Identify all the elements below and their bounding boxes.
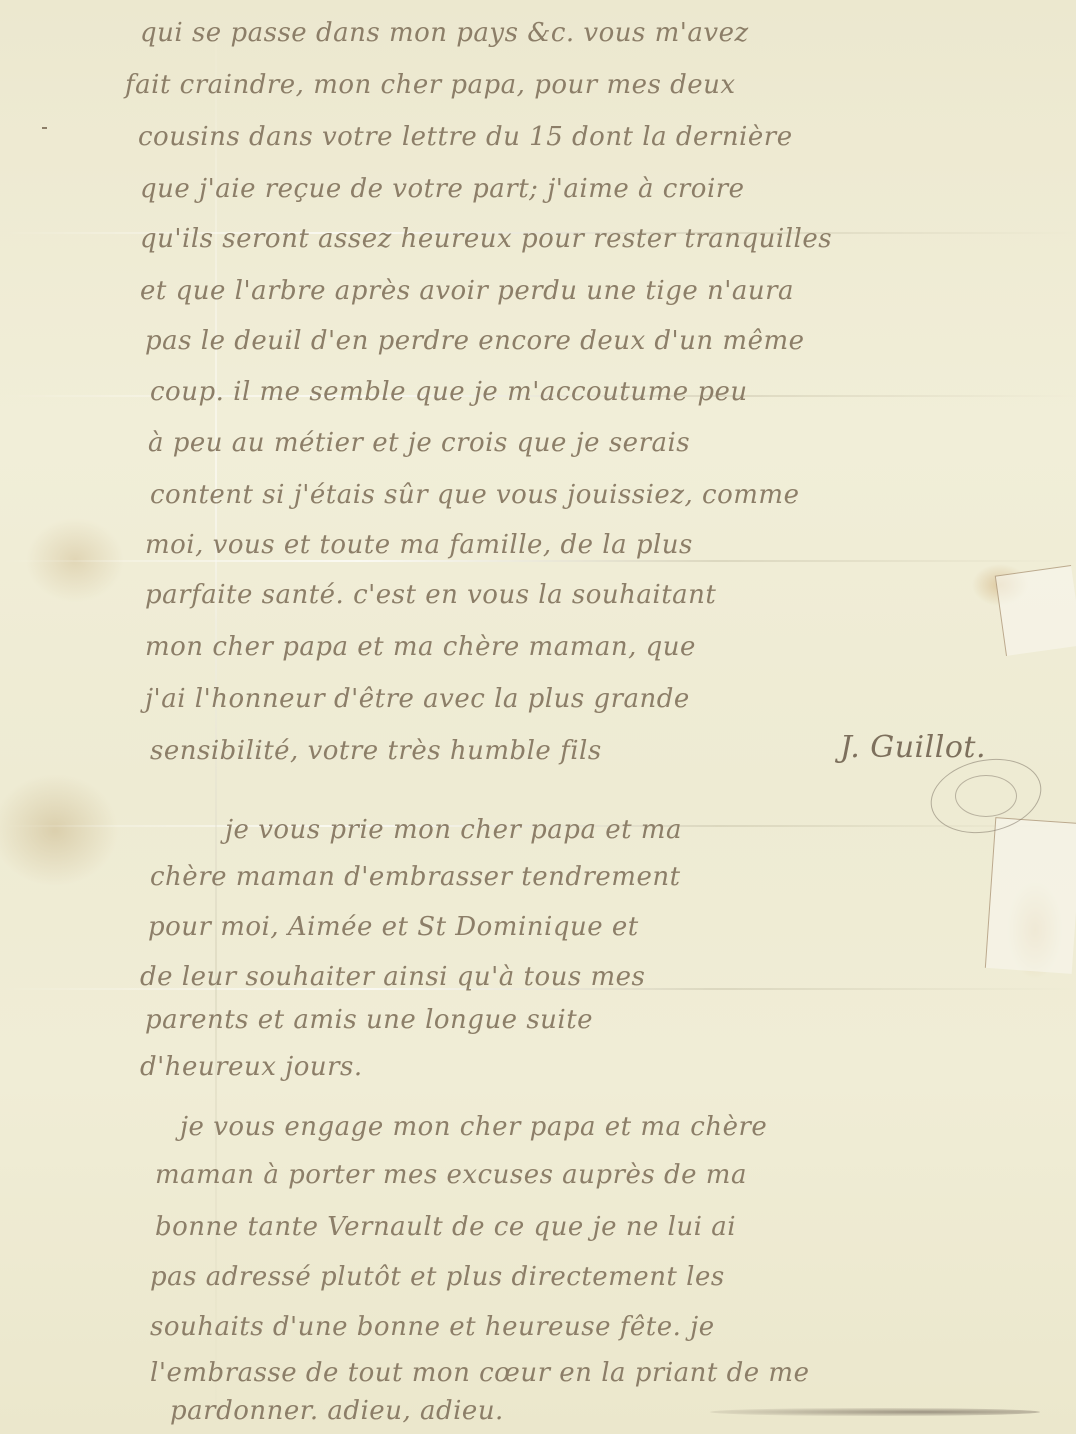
letter-line: que j'aie reçue de votre part; j'aime à …	[140, 174, 745, 204]
letter-line: pas le deuil d'en perdre encore deux d'u…	[145, 326, 805, 356]
letter-body: qui se passe dans mon pays &c. vous m'av…	[0, 0, 1076, 1434]
letter-line: content si j'étais sûr que vous jouissie…	[150, 480, 799, 510]
postscript-line: parents et amis une longue suite	[145, 1005, 593, 1035]
letter-line: qui se passe dans mon pays &c. vous m'av…	[140, 18, 749, 48]
postscript-line: l'embrasse de tout mon cœur en la priant…	[150, 1358, 809, 1388]
letter-line: et que l'arbre après avoir perdu une tig…	[140, 276, 794, 306]
letter-line: sensibilité, votre très humble fils	[150, 736, 602, 766]
letter-line: fait craindre, mon cher papa, pour mes d…	[125, 70, 736, 100]
postscript-line: de leur souhaiter ainsi qu'à tous mes	[140, 962, 645, 992]
postscript-line: souhaits d'une bonne et heureuse fête. j…	[150, 1312, 715, 1342]
letter-line: qu'ils seront assez heureux pour rester …	[140, 224, 832, 254]
letter-line: cousins dans votre lettre du 15 dont la …	[138, 122, 793, 152]
letter-line: moi, vous et toute ma famille, de la plu…	[145, 530, 693, 560]
letter-line: coup. il me semble que je m'accoutume pe…	[150, 377, 748, 407]
postscript-line: maman à porter mes excuses auprès de ma	[155, 1160, 747, 1190]
postscript-line: je vous prie mon cher papa et ma	[225, 815, 682, 845]
postscript-line: bonne tante Vernault de ce que je ne lui…	[155, 1212, 736, 1242]
postscript-line: pardonner. adieu, adieu.	[170, 1396, 504, 1426]
postscript-line: d'heureux jours.	[140, 1052, 363, 1082]
letter-line: j'ai l'honneur d'être avec la plus grand…	[145, 684, 690, 714]
postscript-line: chère maman d'embrasser tendrement	[150, 862, 681, 892]
postscript-line: je vous engage mon cher papa et ma chère	[180, 1112, 767, 1142]
letter-line: parfaite santé. c'est en vous la souhait…	[145, 580, 716, 610]
postscript-line: pour moi, Aimée et St Dominique et	[148, 912, 639, 942]
postscript-line: pas adressé plutôt et plus directement l…	[150, 1262, 725, 1292]
letter-line: mon cher papa et ma chère maman, que	[145, 632, 696, 662]
signature-flourish	[955, 775, 1017, 817]
closing-flourish	[710, 1408, 1040, 1416]
signature: J. Guillot.	[840, 730, 986, 765]
letter-line: à peu au métier et je crois que je serai…	[148, 428, 690, 458]
